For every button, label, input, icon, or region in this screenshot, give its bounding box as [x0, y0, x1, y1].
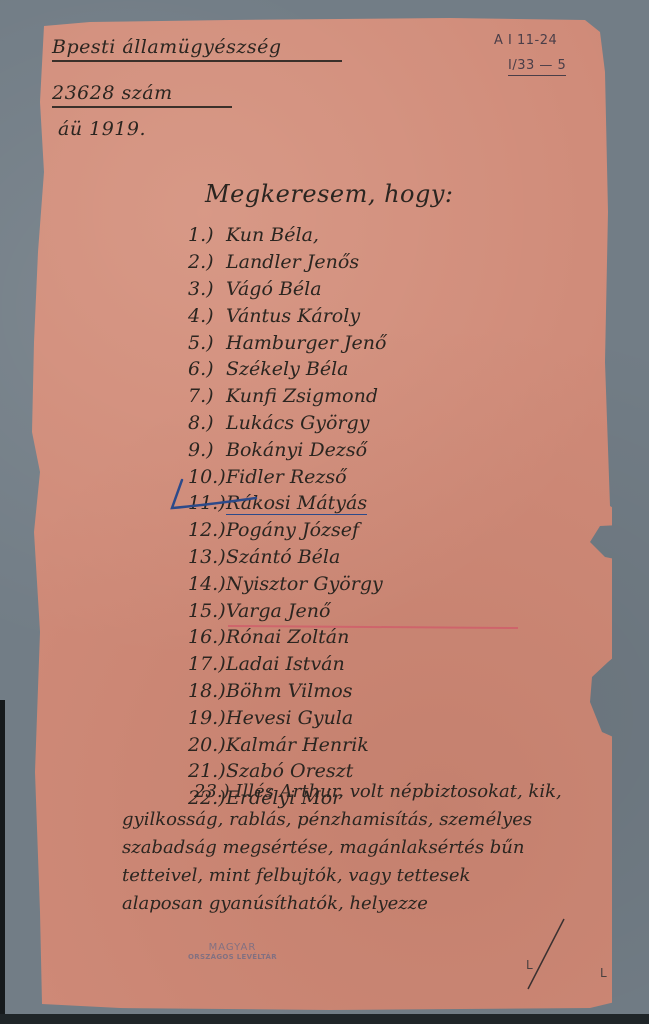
list-item: 14.)Nyisztor György [188, 570, 386, 597]
paragraph-line: gyilkosság, rablás, pénzhamisítás, szemé… [122, 806, 642, 834]
item-number: 14.) [188, 573, 226, 595]
item-name: Ladai István [226, 653, 345, 675]
item-name: Hevesi Gyula [226, 707, 353, 729]
intro-text: Megkeresem, hogy: [205, 180, 454, 208]
item-name: Kunfi Zsigmond [226, 385, 378, 407]
item-name: Vágó Béla [226, 278, 322, 300]
item-name: Szántó Béla [226, 546, 340, 568]
pencil-slash-icon [520, 915, 570, 995]
stamp-line2: ORSZÁGOS LEVÉLTÁR [188, 953, 277, 961]
item-name: Vántus Károly [226, 305, 360, 327]
item-name: Landler Jenős [226, 251, 359, 273]
name-list: 1.)Kun Béla, 2.)Landler Jenős 3.)Vágó Bé… [188, 222, 386, 812]
item-number: 7.) [188, 385, 226, 407]
paragraph-line: tetteivel, mint felbujtók, vagy tettesek [122, 862, 642, 890]
office-heading: Bpesti államügyészség [52, 36, 342, 62]
scan-edge-left [0, 700, 5, 1024]
list-item: 9.)Bokányi Dezső [188, 436, 386, 463]
list-item: 8.)Lukács György [188, 410, 386, 437]
list-item: 18.)Böhm Vilmos [188, 678, 386, 705]
item-number: 12.) [188, 519, 226, 541]
item-name: Lukács György [226, 412, 369, 434]
item-number: 9.) [188, 439, 226, 461]
item-name: Nyisztor György [226, 573, 383, 595]
list-item: 3.)Vágó Béla [188, 276, 386, 303]
item-number: 15.) [188, 600, 226, 622]
item-number: 20.) [188, 734, 226, 756]
list-item: 15.)Varga Jenő [188, 597, 386, 624]
closing-paragraph: 23.) Illés Arthur, volt népbiztosokat, k… [122, 778, 642, 918]
item-number: 4.) [188, 305, 226, 327]
archive-reference-line2: I/33 — 5 [508, 58, 566, 76]
item-number: 17.) [188, 653, 226, 675]
item-name: Székely Béla [226, 358, 349, 380]
list-item: 2.)Landler Jenős [188, 249, 386, 276]
paragraph-line: 23.) Illés Arthur, volt népbiztosokat, k… [122, 778, 642, 806]
item-number: 18.) [188, 680, 226, 702]
paragraph-line: szabadság megsértése, magánlaksértés bűn [122, 834, 642, 862]
item-name: Kalmár Henrik [226, 734, 369, 756]
item-number: 5.) [188, 332, 226, 354]
item-number: 8.) [188, 412, 226, 434]
blue-pencil-mark-icon [168, 478, 258, 514]
case-number: 23628 szám [52, 82, 232, 108]
list-item: 13.)Szántó Béla [188, 544, 386, 571]
list-item: 12.)Pogány József [188, 517, 386, 544]
item-number: 1.) [188, 224, 226, 246]
item-number: 13.) [188, 546, 226, 568]
item-number: 19.) [188, 707, 226, 729]
item-number: 3.) [188, 278, 226, 300]
item-number: 6.) [188, 358, 226, 380]
item-number: 2.) [188, 251, 226, 273]
list-item: 19.)Hevesi Gyula [188, 704, 386, 731]
list-item: 17.)Ladai István [188, 651, 386, 678]
item-name: Varga Jenő [226, 600, 330, 622]
stamp-line1: MAGYAR [188, 942, 277, 953]
list-item: 6.)Székely Béla [188, 356, 386, 383]
list-item: 5.)Hamburger Jenő [188, 329, 386, 356]
item-number: 16.) [188, 626, 226, 648]
archive-stamp: MAGYAR ORSZÁGOS LEVÉLTÁR [188, 942, 277, 961]
item-name: Rónai Zoltán [226, 626, 349, 648]
paragraph-line: alaposan gyanúsíthatók, helyezze [122, 890, 642, 918]
pencil-mark-right: L [600, 966, 607, 980]
item-name: Kun Béla, [226, 224, 319, 246]
list-item: 20.)Kalmár Henrik [188, 731, 386, 758]
pencil-mark-left: L [526, 958, 533, 972]
list-item: 7.)Kunfi Zsigmond [188, 383, 386, 410]
item-name: Bokányi Dezső [226, 439, 367, 461]
list-item: 4.)Vántus Károly [188, 302, 386, 329]
item-name: Hamburger Jenő [226, 332, 386, 354]
scan-edge-bottom [0, 1014, 649, 1024]
year-line: áü 1919. [58, 118, 146, 140]
item-name: Böhm Vilmos [226, 680, 352, 702]
list-item: 16.)Rónai Zoltán [188, 624, 386, 651]
archive-reference-line1: A I 11-24 [494, 33, 557, 48]
item-name: Pogány József [226, 519, 359, 541]
list-item: 1.)Kun Béla, [188, 222, 386, 249]
